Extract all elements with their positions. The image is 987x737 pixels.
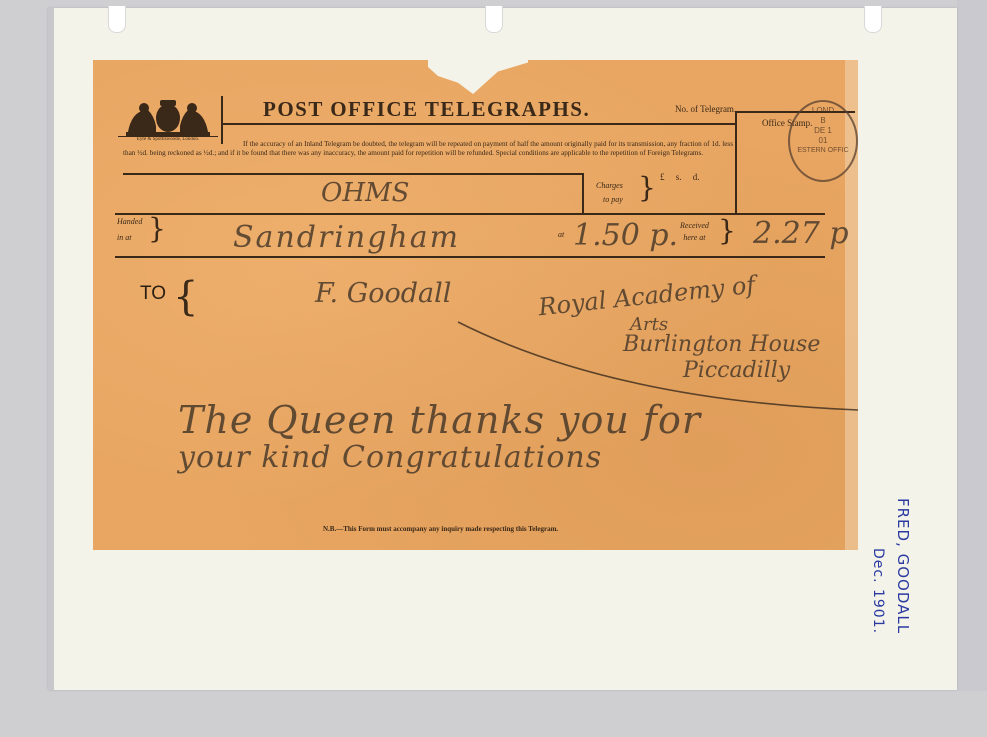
pencil-address-stroke	[93, 60, 858, 550]
punch-hole-center	[485, 6, 503, 33]
punch-hole-right	[864, 6, 882, 33]
punch-hole-left	[108, 6, 126, 33]
footer-note: N.B.—This Form must accompany any inquir…	[323, 525, 558, 533]
mount-left-edge	[48, 8, 54, 690]
scanner-edge-right	[957, 0, 987, 737]
archive-note-name: FRED, GOODALL	[894, 498, 912, 634]
scanner-edge-bottom	[0, 691, 987, 737]
telegram-form: Eyre & Spottiswoode, London. POST OFFICE…	[93, 60, 858, 550]
archive-note-date: Dec. 1901.	[870, 548, 886, 634]
